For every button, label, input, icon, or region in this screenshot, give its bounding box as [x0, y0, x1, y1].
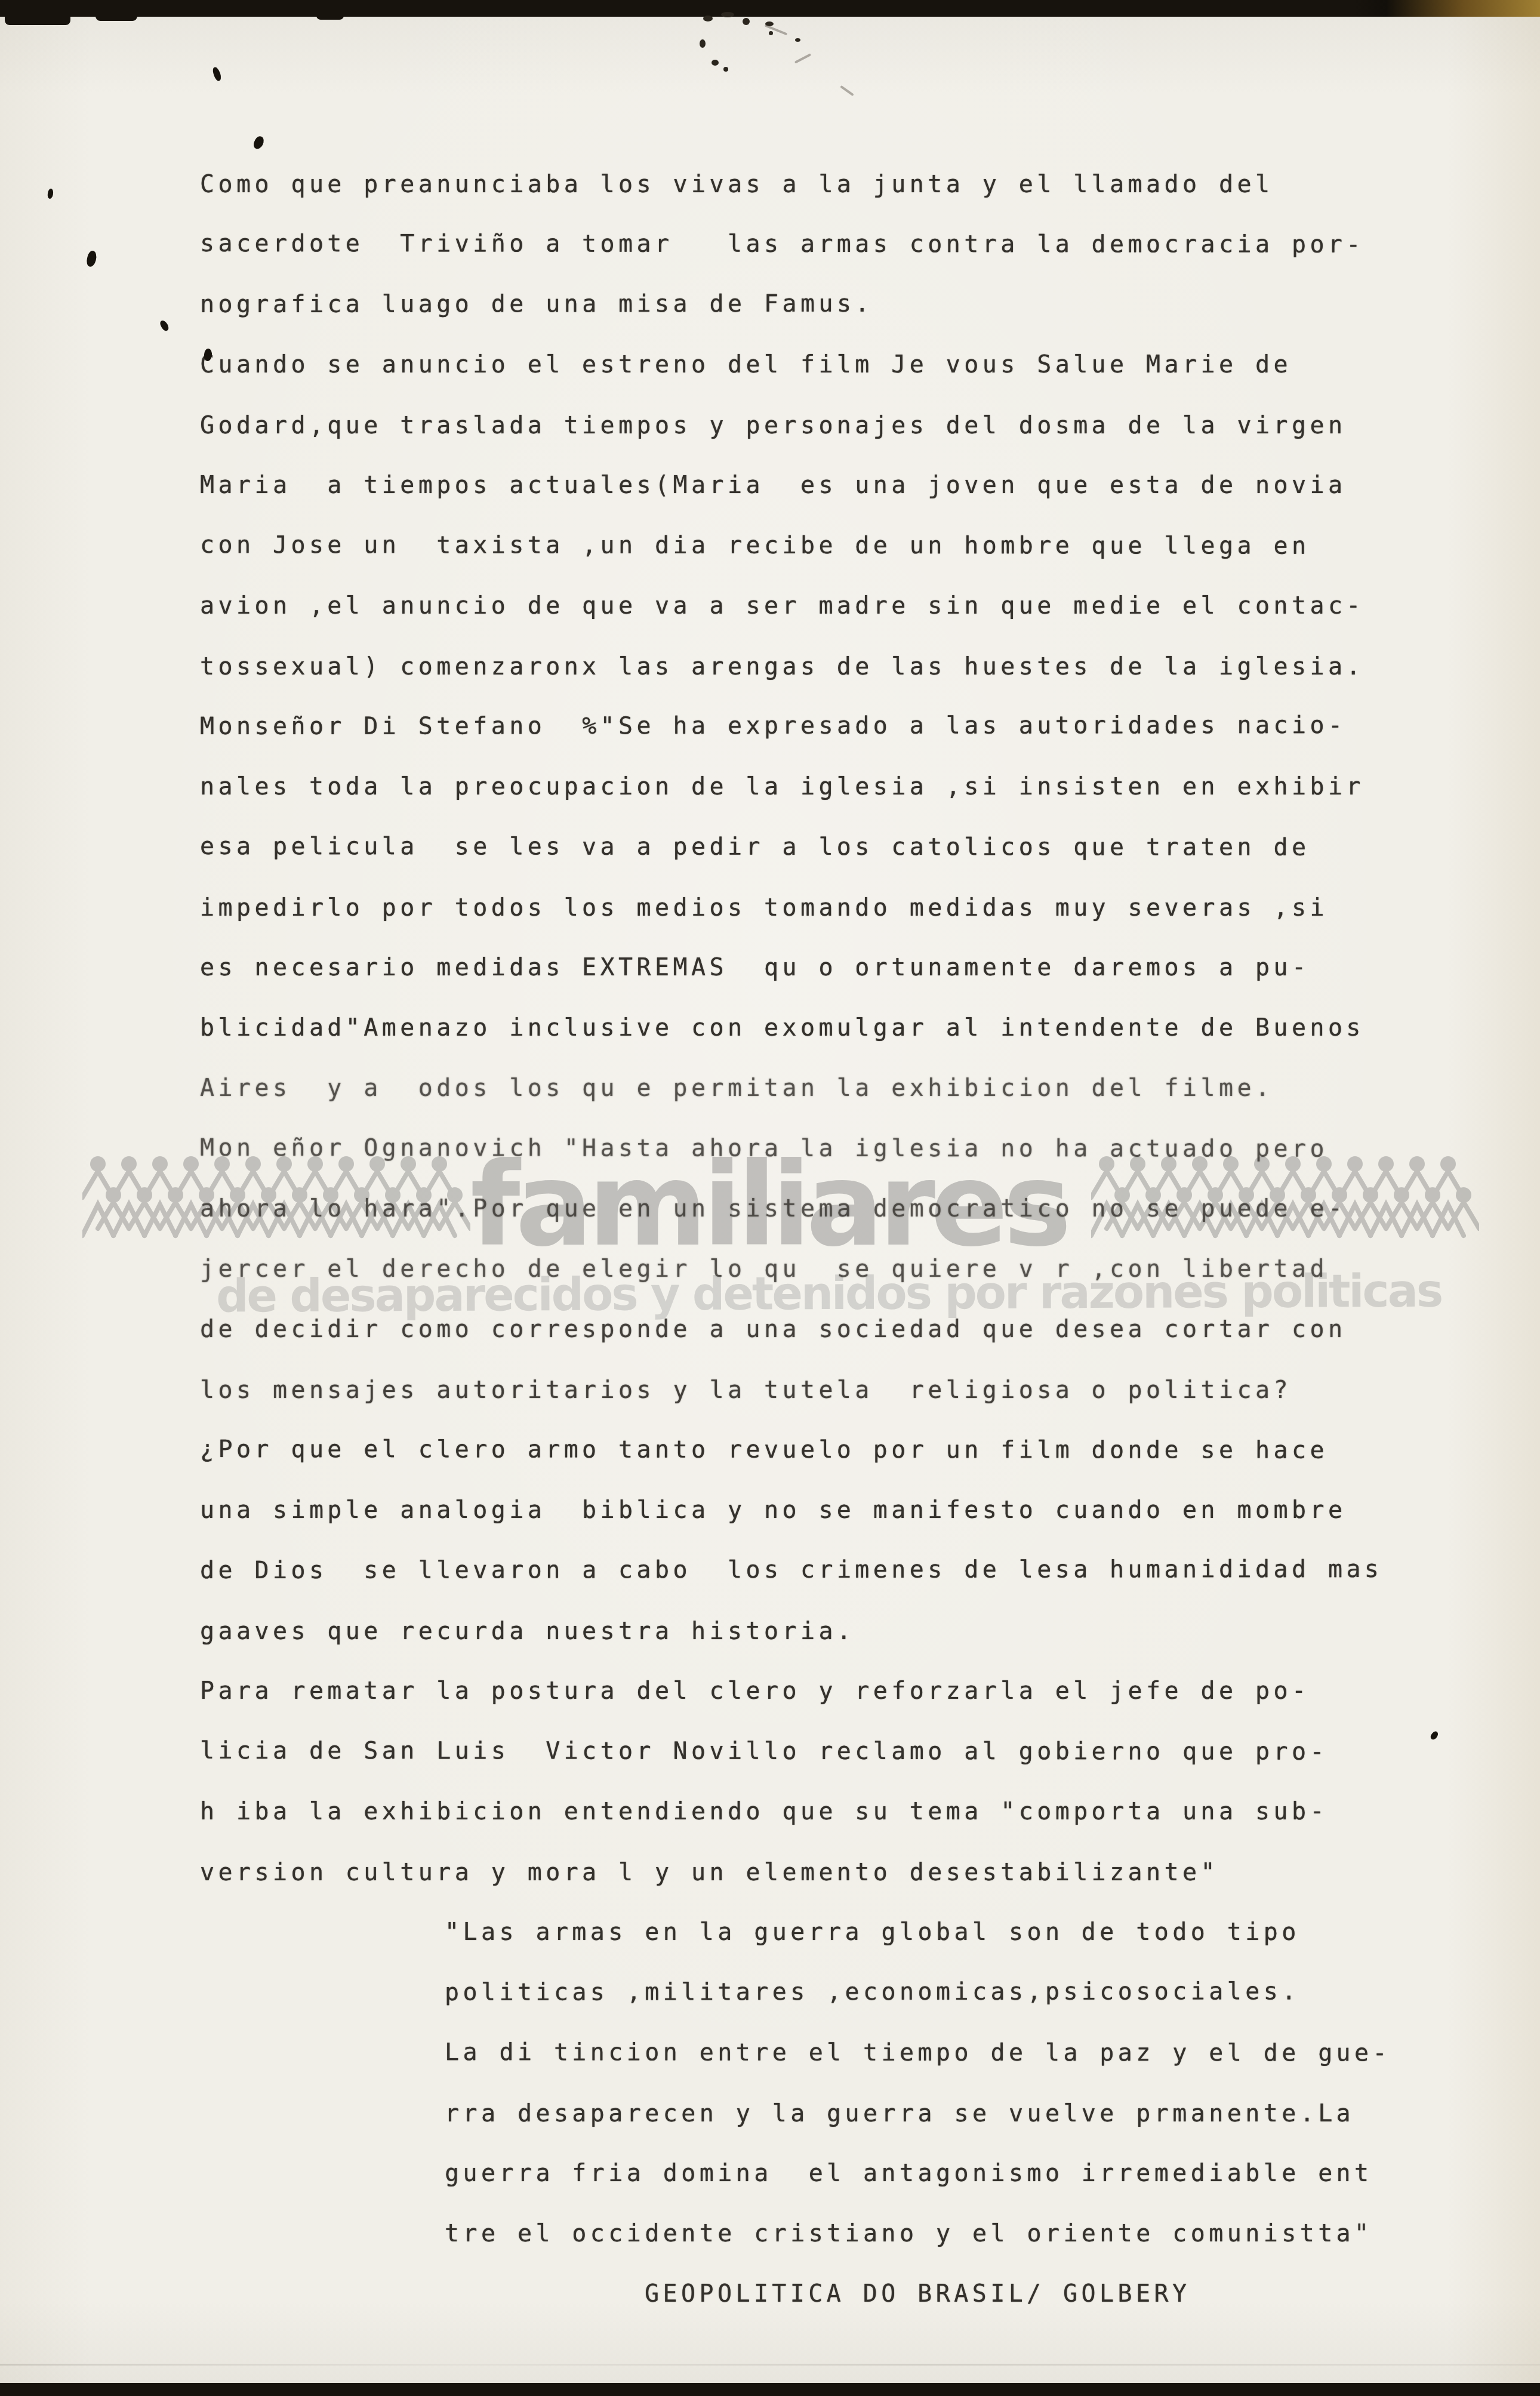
typed-line: politicas ,militares ,economicas,psicoso…	[445, 1961, 1465, 2023]
typed-line: Godard,que traslada tiempos y personajes…	[200, 396, 1465, 456]
typed-line: Mon eñor Ognanovich "Hasta ahora la igle…	[200, 1118, 1465, 1179]
typed-line: GEOPOLITICA DO BRASIL/ GOLBERY	[645, 2264, 1465, 2324]
typed-line: tossexual) comenzaronx las arengas de la…	[200, 637, 1465, 697]
typed-line: version cultura y mora l y un elemento d…	[200, 1843, 1465, 1903]
ink-speck	[252, 135, 266, 150]
typed-line: nales toda la preocupacion de la iglesia…	[200, 757, 1465, 817]
torn-edge	[5, 16, 70, 25]
ink-speck	[212, 66, 223, 82]
typed-line: Aires y a odos los qu e permitan la exhi…	[200, 1058, 1465, 1119]
typed-line: tre el occidente cristiano y el oriente …	[445, 2204, 1465, 2264]
typed-line: es necesario medidas EXTREMAS qu o ortun…	[200, 938, 1465, 998]
scan-bottom-band	[0, 2383, 1540, 2396]
ink-speck	[159, 319, 170, 332]
typed-line: ¿Por que el clero armo tanto revuelo por…	[200, 1419, 1465, 1481]
scan-top-band	[0, 0, 1540, 17]
typed-line: Para rematar la postura del clero y refo…	[200, 1661, 1465, 1721]
typed-line: Maria a tiempos actuales(Maria es una jo…	[200, 455, 1465, 516]
typed-text-block: Como que preanunciaba los vivas a la jun…	[200, 154, 1465, 2324]
typed-line: Monseñor Di Stefano %"Se ha expresado a …	[200, 695, 1465, 757]
typed-line: con Jose un taxista ,un dia recibe de un…	[200, 515, 1465, 577]
typed-line: licia de San Luis Victor Novillo reclamo…	[200, 1721, 1465, 1782]
torn-edge	[316, 16, 344, 20]
typed-line: sacerdote Triviño a tomar las armas cont…	[200, 214, 1465, 275]
typed-line: Como que preanunciaba los vivas a la jun…	[200, 155, 1465, 215]
typed-line: impedirlo por todos los medios tomando m…	[200, 878, 1465, 938]
typed-line: una simple analogia biblica y no se mani…	[200, 1480, 1465, 1541]
typed-line: jercer el derecho de elegir lo qu se qui…	[200, 1239, 1465, 1299]
typed-line: de decidir como corresponde a una socied…	[200, 1299, 1465, 1360]
typed-line: avion ,el anuncio de que va a ser madre …	[200, 576, 1465, 636]
typed-line: "Las armas en la guerra global son de to…	[445, 1902, 1465, 1963]
typed-line: guerra fria domina el antagonismo irreme…	[445, 2144, 1465, 2204]
crease-line	[0, 2364, 1540, 2366]
typed-line: nografica luago de una misa de Famus.	[200, 273, 1465, 335]
typed-line: La di tincion entre el tiempo de la paz …	[445, 2022, 1465, 2083]
typed-line: rra desaparecen y la guerra se vuelve pr…	[445, 2084, 1465, 2144]
ink-speck	[47, 188, 54, 199]
typed-line: gaaves que recurda nuestra historia.	[200, 1602, 1465, 1662]
typed-line: h iba la exhibicion entendiendo que su t…	[200, 1782, 1465, 1842]
typed-line: de Dios se llevaron a cabo los crimenes …	[200, 1539, 1465, 1601]
scanned-page: familiares de desaparecidos y detenidos …	[0, 0, 1540, 2396]
typed-line: blicidad"Amenazo inclusive con exomulgar…	[200, 998, 1465, 1058]
typed-line: esa pelicula se les va a pedir a los cat…	[200, 817, 1465, 878]
torn-edge	[96, 16, 137, 21]
typed-line: Cuando se anuncio el estreno del film Je…	[200, 335, 1465, 395]
ink-speck	[85, 250, 98, 268]
typed-line: ahora lo hara".Por que en un sistema dem…	[200, 1179, 1465, 1239]
typed-line: los mensajes autoritarios y la tutela re…	[200, 1360, 1465, 1421]
